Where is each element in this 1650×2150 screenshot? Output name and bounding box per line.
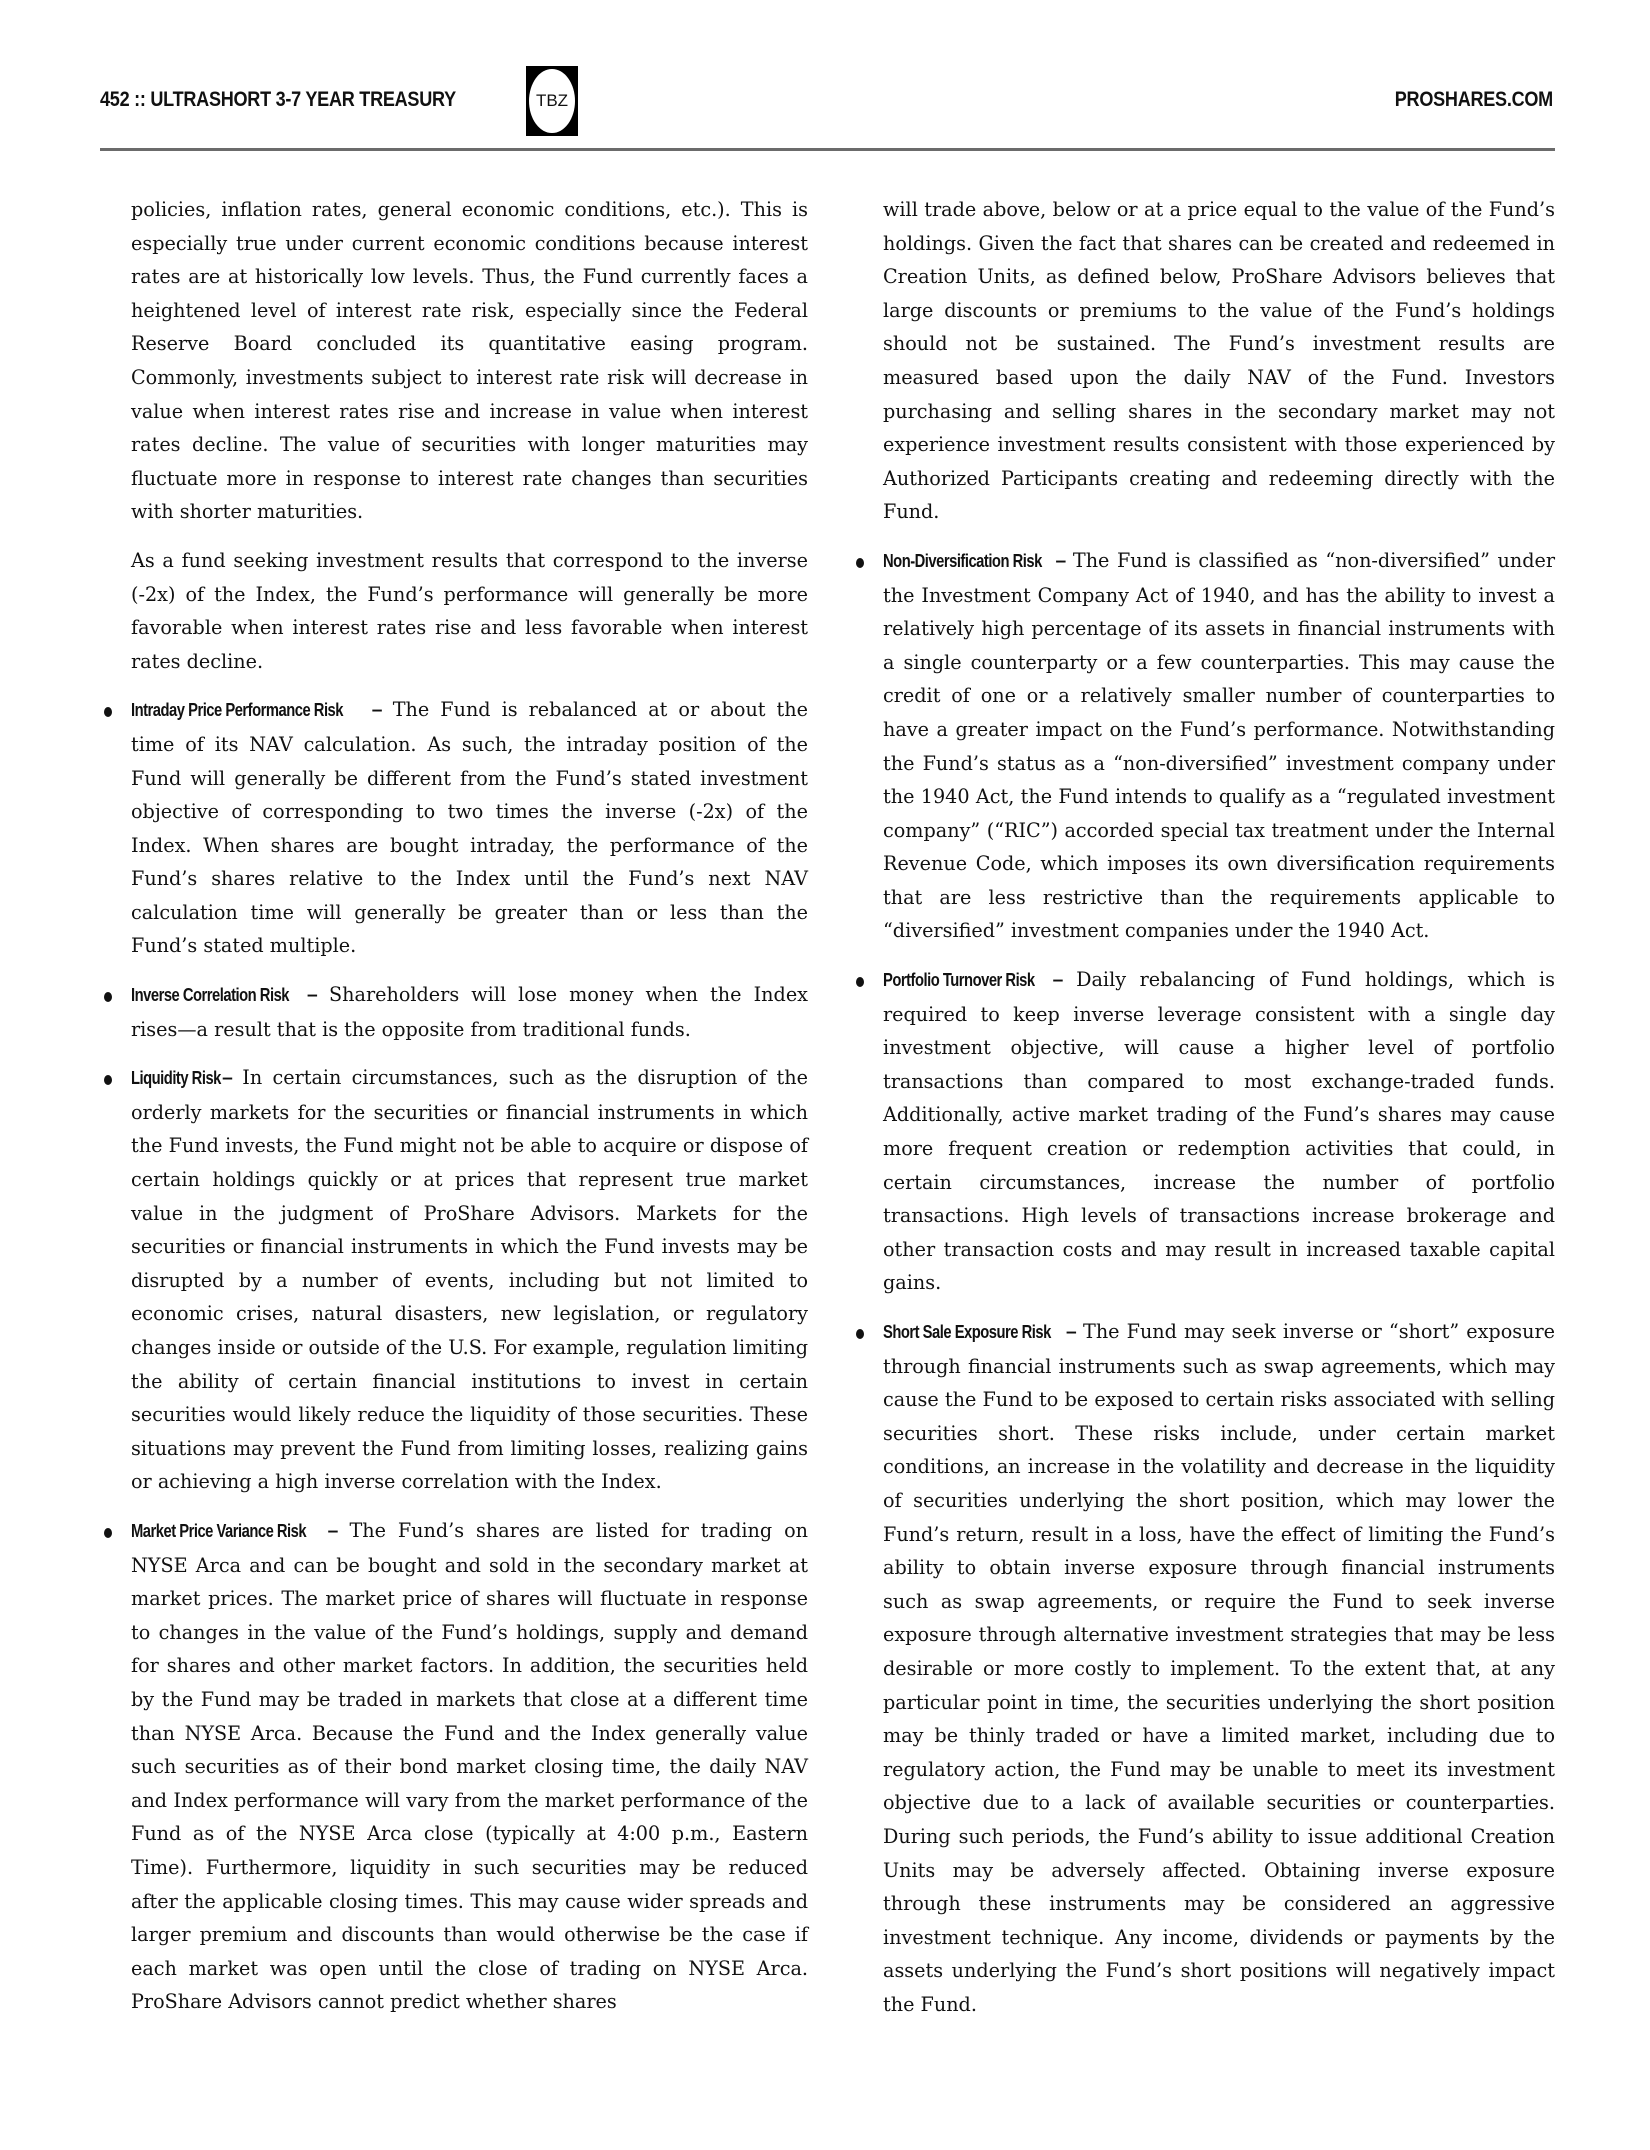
risk-text: The Fund’s shares are listed for trading… (131, 1519, 808, 2013)
risk-term: Short Sale Exposure Risk (883, 1316, 1051, 1350)
risk-text: In certain circumstances, such as the di… (131, 1066, 808, 1493)
risk-item-portfolio-turnover: Portfolio Turnover Risk – Daily rebalanc… (883, 963, 1555, 1300)
risk-term: Intraday Price Performance Risk (131, 694, 343, 728)
risk-item-inverse-correlation: Inverse Correlation Risk – Shareholders … (131, 978, 808, 1046)
risk-term: Inverse Correlation Risk (131, 979, 289, 1013)
page-title: 452 :: ULTRASHORT 3-7 YEAR TREASURY (100, 88, 456, 112)
bullet-icon (856, 558, 864, 568)
term-separator: – (1040, 970, 1076, 991)
bullet-icon (104, 1528, 112, 1538)
header-divider (100, 148, 1555, 151)
risk-text: The Fund is rebalanced at or about the t… (131, 698, 808, 957)
term-separator: – (317, 1521, 350, 1542)
bullet-icon (104, 707, 112, 717)
risk-term: Non-Diversification Risk (883, 545, 1042, 579)
bullet-icon (104, 992, 112, 1002)
left-column: policies, inflation rates, general econo… (131, 193, 808, 2034)
ticker-badge: TBZ (526, 66, 578, 136)
term-separator: – (1049, 551, 1073, 572)
risk-item-intraday-price-performance: Intraday Price Performance Risk – The Fu… (131, 693, 808, 963)
risk-item-market-price-variance: Market Price Variance Risk – The Fund’s … (131, 1514, 808, 2019)
ticker-badge-label: TBZ (529, 69, 575, 133)
risk-term: Market Price Variance Risk (131, 1515, 306, 1549)
risk-text: The Fund is classified as “non-diversifi… (883, 549, 1555, 943)
continuation-paragraph: will trade above, below or at a price eq… (883, 193, 1555, 529)
risk-item-non-diversification: Non-Diversification Risk – The Fund is c… (883, 544, 1555, 948)
bullet-icon (856, 1329, 864, 1339)
inverse-paragraph: As a fund seeking investment results tha… (131, 544, 808, 678)
term-separator: – (1060, 1322, 1083, 1343)
risk-item-liquidity: Liquidity Risk – In certain circumstance… (131, 1061, 808, 1499)
site-link[interactable]: PROSHARES.COM (1395, 88, 1553, 112)
term-separator: – (296, 985, 329, 1006)
risk-text: Daily rebalancing of Fund holdings, whic… (883, 968, 1555, 1294)
bullet-icon (104, 1075, 112, 1085)
risk-text: The Fund may seek inverse or “short” exp… (883, 1320, 1555, 2016)
continuation-paragraph: policies, inflation rates, general econo… (131, 193, 808, 529)
risk-term: Portfolio Turnover Risk (883, 964, 1035, 998)
risk-item-short-sale-exposure: Short Sale Exposure Risk – The Fund may … (883, 1315, 1555, 2021)
term-separator: – (362, 700, 393, 721)
right-column: will trade above, below or at a price eq… (883, 193, 1555, 2036)
risk-term: Liquidity Risk (131, 1062, 221, 1096)
page-header: 452 :: ULTRASHORT 3-7 YEAR TREASURY TBZ … (0, 0, 1650, 160)
bullet-icon (856, 977, 864, 987)
